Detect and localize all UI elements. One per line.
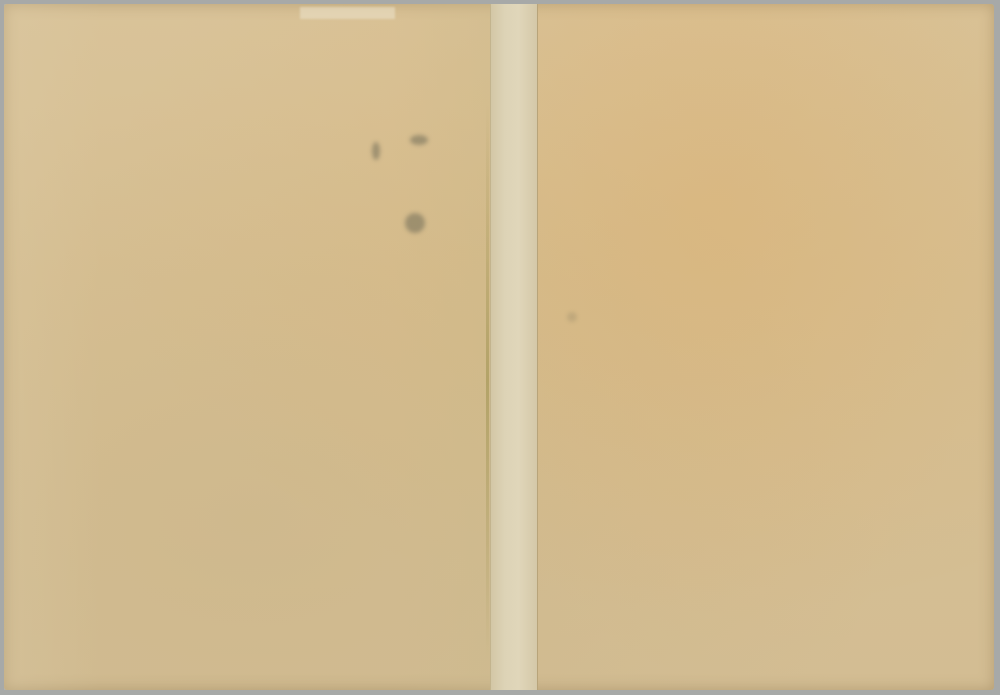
- right-leaf: [536, 4, 994, 690]
- left-leaf: [4, 4, 490, 690]
- stain-mark: [410, 135, 428, 145]
- stain-mark: [567, 312, 577, 322]
- stain-mark: [405, 213, 425, 233]
- stain-mark: [372, 142, 380, 160]
- light-patch: [300, 7, 395, 19]
- spine-discoloration: [486, 100, 489, 660]
- center-guard-strip: [490, 4, 538, 690]
